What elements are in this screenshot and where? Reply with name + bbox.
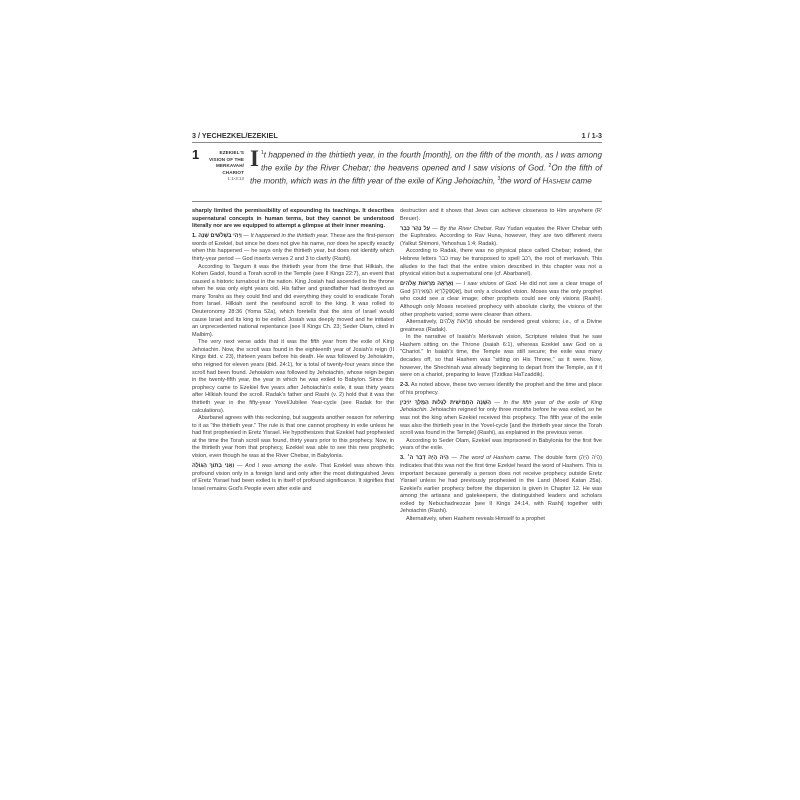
verse-text: 1It happened in the thirtieth year, in t…: [250, 148, 602, 194]
running-header-title: 3 / YECHEZKEL/EZEKIEL: [192, 131, 278, 140]
intro-paragraph: sharply limited the permissibility of ex…: [192, 208, 394, 231]
lemma-gloss: — It happened in the thirtieth year.: [242, 233, 329, 239]
commentary-paragraph: וָאֶרְאֶה מַרְאוֹת אֱלֹהִים — I saw visi…: [400, 281, 602, 319]
sidehead-line: CHARIOT: [206, 170, 244, 177]
commentary-paragraph: According to Targum it was the thirtieth…: [192, 264, 394, 340]
running-header: 3 / YECHEZKEL/EZEKIEL 1 / 1-3: [192, 129, 602, 143]
sidehead-reference: 1:1-3:13: [206, 176, 244, 183]
running-header-chapter-verse: 1 / 1-3: [582, 131, 602, 140]
lemma: 1. וַיְהִי בִּשְׁלֹשִׁים שָׁנָה: [192, 233, 242, 239]
commentary-paragraph: וַאֲנִי בְתוֹךְ הַגּוֹלָה — And I was am…: [192, 463, 394, 493]
sidehead-line: EZEKIEL'S: [206, 150, 244, 157]
drop-cap: I: [250, 149, 259, 168]
lemma-gloss: — By the River Chebar.: [430, 226, 493, 232]
book-page: 3 / YECHEZKEL/EZEKIEL 1 / 1-3 1 EZEKIEL'…: [192, 129, 602, 524]
commentary-paragraph: Alternatively, מַרְאוֹת אֱלֹהִים should …: [400, 319, 602, 334]
commentary-paragraph: Abarbanel agrees with this reckoning, bu…: [192, 415, 394, 460]
commentary-paragraph: The very next verse adds that it was the…: [192, 339, 394, 415]
paragraph-text: Jehoiachin reigned for only three months…: [400, 407, 602, 436]
verse-3: the word of Hashem came: [500, 176, 592, 185]
paragraph-text: As noted above, these two verses identif…: [400, 382, 602, 396]
lemma: 2-3.: [400, 382, 410, 388]
scripture-verse-block: 1 EZEKIEL'S VISION OF THE MERKAVAH/ CHAR…: [192, 148, 602, 194]
commentary-paragraph: According to Radak, there was no physica…: [400, 248, 602, 278]
lemma-gloss: — I saw visions of God.: [453, 281, 517, 287]
chapter-number: 1: [192, 148, 206, 194]
commentary-column-left: sharply limited the permissibility of ex…: [192, 208, 394, 524]
sidehead-line: VISION OF THE: [206, 157, 244, 164]
commentary-paragraph: הַשָּׁנָה הַחֲמִישִׁית לְגָלוּת הַמֶּלֶך…: [400, 400, 602, 438]
lemma: עַל נְהַר כְּבָר: [400, 226, 430, 232]
sidehead-line: MERKAVAH/: [206, 163, 244, 170]
commentary-column-right: destruction and it shows that Jews can a…: [400, 208, 602, 524]
section-divider: [192, 201, 602, 202]
lemma: הַשָּׁנָה הַחֲמִישִׁית לְגָלוּת הַמֶּלֶך…: [400, 400, 491, 406]
commentary-paragraph: 2-3. As noted above, these two verses id…: [400, 382, 602, 397]
lemma: וָאֶרְאֶה מַרְאוֹת אֱלֹהִים: [400, 281, 453, 287]
lemma: 3. הָיֹה הָיָה דְבַר ה׳: [400, 455, 449, 461]
lemma-gloss: — The word of Hashem came.: [449, 455, 532, 461]
commentary-paragraph: 3. הָיֹה הָיָה דְבַר ה׳ — The word of Ha…: [400, 455, 602, 516]
commentary-paragraph: According to Seder Olam, Ezekiel was imp…: [400, 438, 602, 453]
commentary-paragraph: עַל נְהַר כְּבָר — By the River Chebar. …: [400, 226, 602, 249]
verse-3-text: the word of: [500, 176, 542, 185]
commentary-paragraph: In the narrative of Isaiah's Merkavah vi…: [400, 334, 602, 379]
commentary-paragraph: Alternatively, when Hashem reveals Himse…: [400, 516, 602, 524]
lemma-gloss: — And I was among the exile.: [234, 463, 317, 469]
commentary-paragraph: destruction and it shows that Jews can a…: [400, 208, 602, 223]
paragraph-text: The double form (הָיֹה הָיָה) indicates …: [400, 455, 602, 514]
lemma: וַאֲנִי בְתוֹךְ הַגּוֹלָה: [192, 463, 234, 469]
verse-3-text: came: [570, 176, 592, 185]
commentary-columns: sharply limited the permissibility of ex…: [192, 208, 602, 524]
divine-name: Hashem: [543, 176, 570, 185]
commentary-paragraph: 1. וַיְהִי בִּשְׁלֹשִׁים שָׁנָה — It hap…: [192, 233, 394, 263]
section-sidehead: EZEKIEL'S VISION OF THE MERKAVAH/ CHARIO…: [206, 148, 244, 194]
